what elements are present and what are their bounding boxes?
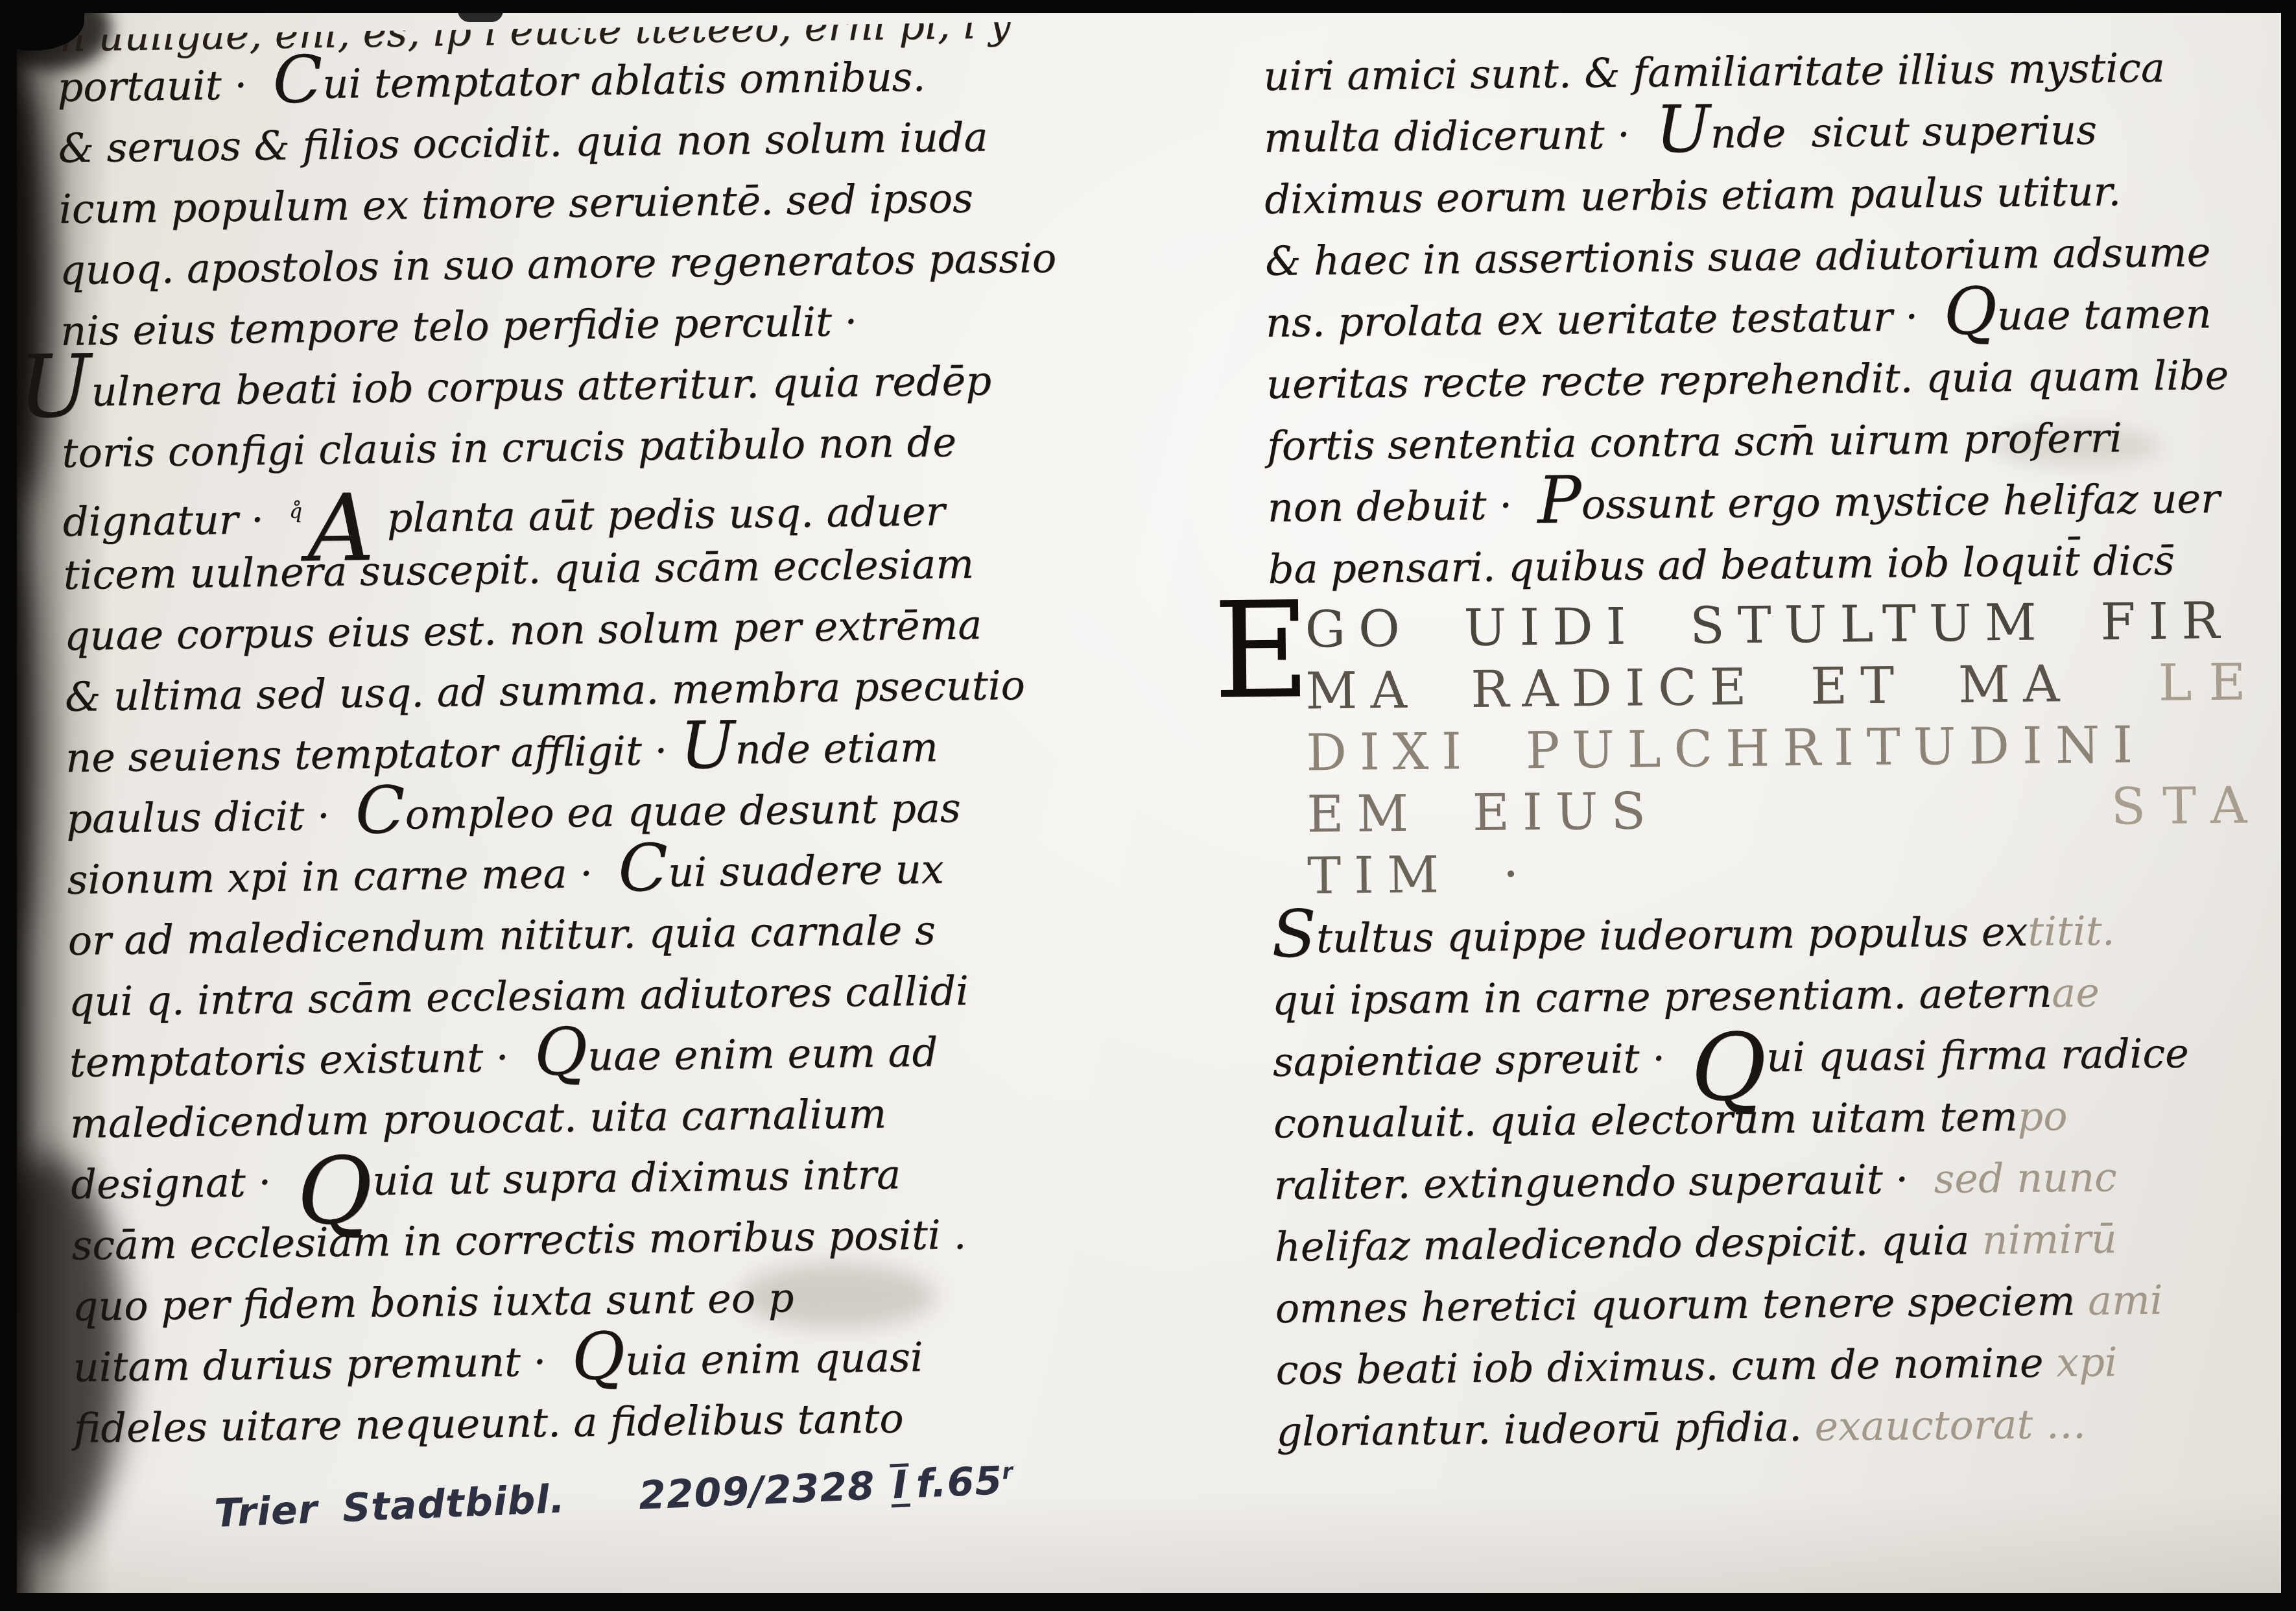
text-segment: exauctorat … [1814,1400,2086,1450]
text-segment: paulus dicit · [66,791,356,842]
text-segment: icum populum ex timore seruientē. sed ip… [58,174,973,233]
line-right-part: STA [2111,775,2264,838]
manuscript-line: multa didicerunt · Unde sicut superius [1264,97,2282,169]
text-segment: uae tamen [1997,290,2212,339]
text-segment: MA RADICE ET MA [1305,655,2073,721]
manuscript-line: cos beati iob diximus. cum de nomine xpi [1275,1330,2282,1401]
manuscript-photo: n uuilgae, eni, es, ip i eucte tteteeo, … [0,0,2296,1611]
text-segment: fideles uitare nequeunt. a fidelibus tan… [73,1394,904,1452]
text-segment: fortis sententia contra scm̄ uirum profe… [1267,414,2123,470]
job-verse-capitals: GO UIDI STULTUM FIRMA RADICE ET MALEDIXI… [1268,590,2282,908]
manuscript-line: helifaz maledicendo despicit. quia nimir… [1274,1206,2282,1278]
text-segment: C [355,811,405,811]
text-segment: ticem uulnera suscepit. quia scām eccles… [63,540,974,599]
text-segment: Q [1691,1067,1767,1068]
text-segment: temptatoris existunt · [69,1033,534,1086]
right-column-lower-text: Stultus quippe iudeorum populus extitit.… [1272,898,2282,1462]
text-segment: qui ipsam in carne presentiam. aetern [1272,969,2052,1024]
manuscript-line: gloriantur. iudeorū pfidia. exauctorat … [1276,1391,2282,1462]
text-segment: DIXI PULCHRITUDINI [1306,716,2146,782]
manuscript-line: EM EIUSSTA [1270,775,2282,846]
text-segment: uitam durius premunt · [73,1337,572,1390]
manuscript-line: TIM · [1271,837,2282,908]
text-segment: & ultima sed usq. ad summa. membra psecu… [65,662,1026,721]
photo-border-top [0,0,2296,13]
manuscript-line: fortis sententia contra scm̄ uirum profe… [1266,405,2282,477]
manuscript-line: GO UIDI STULTUM FIR [1268,590,2282,662]
text-segment: U [680,745,735,746]
line-right-part: LE [2158,652,2263,715]
text-segment: ba pensari. quibus ad beatum iob loquit̄… [1268,537,2174,593]
text-segment: STA [2111,776,2264,836]
manuscript-line: conualuit. quia electorum uitam tempo [1273,1083,2282,1154]
text-segment: ui suadere ux [668,845,944,896]
photo-border-bottom [0,1593,2296,1611]
left-column: portauit · Cui temptator ablatis omnibus… [57,45,1085,1459]
text-segment: q̊ [289,499,302,523]
manuscript-line: ueritas recte recte reprehendit. quia qu… [1266,344,2282,415]
photo-border-left [0,0,17,1611]
annotation-folio: f.65 [916,1458,1004,1507]
annotation-library: Trier Stadtbibl. [213,1477,566,1537]
text-segment: raliter. extinguendo superauit · [1274,1155,1934,1209]
text-segment: or ad maledicendum nititur. quia carnale… [67,907,936,964]
text-segment: quoq. apostolos in suo amore regeneratos… [60,234,1057,294]
text-segment: nde etiam [735,723,938,773]
text-segment: U [1655,129,1710,130]
text-segment: titit. [2028,907,2115,955]
text-segment: Q [572,1356,625,1357]
text-segment: qui q. intra scām ecclesiam adiutores ca… [68,967,969,1025]
text-segment: designat · [71,1158,297,1208]
text-segment: scām ecclesiam in correctis moribus posi… [71,1211,967,1269]
text-segment: sionum xpi in carne mea · [67,850,619,903]
text-segment: xpi [2056,1338,2118,1386]
text-segment: Q [1943,311,1996,312]
text-segment: C [618,868,668,869]
text-segment: S [1272,934,1316,935]
manuscript-line: ns. prolata ex ueritate testatur · Quae … [1266,282,2282,353]
left-edge-shadow-blob [14,569,38,933]
text-segment: po [2017,1092,2068,1140]
text-segment: uia ut supra diximus intra [372,1151,901,1204]
manuscript-line: & haec in assertionis suae adiutorium ad… [1265,221,2282,292]
text-segment: Q [297,1191,373,1191]
text-segment: LE [2158,653,2263,713]
text-segment: C [273,80,323,80]
manuscript-line: quoq. apostolos in suo amore regeneratos… [59,228,1071,301]
manuscript-line: raliter. extinguendo superauit · sed nun… [1273,1145,2282,1216]
annotation-folio-side: r [1002,1458,1014,1484]
text-segment: conualuit. quia electorum uitam tem [1273,1093,2018,1147]
photo-border-notch [458,0,503,22]
text-segment: ami [2088,1276,2163,1324]
right-column: E uiri amici sunt. & familiaritate illiu… [1263,36,2282,1462]
annotation-volume-numeral: I [890,1463,910,1507]
manuscript-line: fideles uitare nequeunt. a fidelibus tan… [73,1386,1085,1459]
manuscript-line: non debuit · Possunt ergo mystice helifa… [1267,467,2282,538]
manuscript-line: omnes heretici quorum tenere speciem ami [1275,1268,2282,1339]
manuscript-line: ba pensari. quibus ad beatum iob loquit̄… [1268,529,2282,600]
text-segment: cos beati iob diximus. cum de nomine [1275,1339,2056,1394]
text-segment: ui quasi firma radice [1766,1029,2189,1080]
text-segment: GO UIDI STULTUM FIR [1305,592,2232,660]
manuscript-line: qui ipsam in carne presentiam. aeternae [1272,960,2282,1031]
manuscript-line: DIXI PULCHRITUDINI [1270,713,2282,785]
text-segment: quae corpus eius est. non solum per extr… [64,601,982,660]
manuscript-page: n uuilgae, eni, es, ip i eucte tteteeo, … [14,12,2282,1594]
line-left-part: EM EIUS [1307,781,1659,846]
text-segment: dignatur · [62,495,289,545]
text-segment: ns. prolata ex ueritate testatur · [1266,292,1944,346]
right-column-upper-text: uiri amici sunt. & familiaritate illius … [1263,36,2282,600]
text-segment: ui temptator ablatis omnibus. [322,53,926,108]
manuscript-line: Stultus quippe iudeorum populus extitit. [1272,898,2282,970]
text-segment: quo per fidem bonis iuxta sunt eo p [72,1274,794,1330]
text-segment: U [18,387,91,387]
text-segment: TIM · [1307,845,1532,905]
manuscript-line: uiri amici sunt. & familiaritate illius … [1263,36,2282,107]
text-segment: toris configi clauis in crucis patibulo … [62,418,956,477]
text-segment: gloriantur. iudeorū pfidia. [1276,1403,1815,1455]
text-segment: Q [534,1052,587,1053]
text-segment: EM EIUS [1307,782,1659,844]
text-segment: uia enim quasi [625,1333,923,1385]
text-segment: tultus quippe iudeorum populus ex [1316,908,2028,962]
text-segment: ueritas recte recte reprehendit. quia qu… [1266,352,2229,408]
manuscript-line: temptatoris existunt · Quae enim eum ad [69,1020,1081,1093]
text-segment: ossunt ergo mystice helifaz uer [1581,475,2220,528]
line-left-part: MA RADICE ET MA [1305,654,2073,722]
text-segment: helifaz maledicendo despicit. quia [1274,1216,1982,1270]
text-segment: diximus eorum uerbis etiam paulus utitur… [1264,167,2121,223]
text-segment: & haec in assertionis suae adiutorium ad… [1265,228,2211,285]
photo-border-right [2281,0,2296,1611]
text-segment: uiri amici sunt. & familiaritate illius … [1263,44,2165,100]
text-segment: ae [2052,969,2100,1017]
annotation-shelfmark: 2209/2328 [638,1464,877,1519]
text-segment: & seruos & filios occidit. quia non solu… [58,113,988,172]
text-segment: P [1537,500,1581,501]
manuscript-line: sapientiae spreuit · Qui quasi firma rad… [1273,1021,2282,1093]
text-segment: portauit · [57,61,273,111]
text-segment: sed nunc [1934,1153,2117,1202]
text-segment: ulnera beati iob corpus atteritur. quia … [91,357,991,415]
text-segment: ompleo ea quae desunt pas [405,784,961,838]
text-segment: omnes heretici quorum tenere speciem [1275,1277,2088,1332]
text-segment: nis eius tempore telo perfidie perculit … [60,298,858,355]
text-segment: sapientiae spreuit · [1273,1034,1691,1086]
manuscript-line: diximus eorum uerbis etiam paulus utitur… [1264,159,2282,230]
text-segment: multa didicerunt · [1264,110,1656,161]
text-segment: A [307,528,374,529]
text-segment: non debuit · [1267,481,1537,531]
text-segment: uae enim eum ad [587,1029,938,1080]
text-segment: planta aūt pedis usq. aduer [374,488,945,542]
shelfmark-annotation: Trier Stadtbibl. 2209/2328If.65r [213,1457,1058,1536]
annotation-spacer [564,1474,640,1522]
manuscript-line: MA RADICE ET MALE [1269,652,2282,723]
capitals-initial-letter: E [1213,584,1311,718]
text-segment: maledicendum prouocat. uita carnalium [70,1090,887,1147]
text-segment: nimirū [1982,1215,2118,1263]
text-segment: nde sicut superius [1710,106,2097,158]
manuscript-line: scām ecclesiam in correctis moribus posi… [71,1203,1083,1276]
